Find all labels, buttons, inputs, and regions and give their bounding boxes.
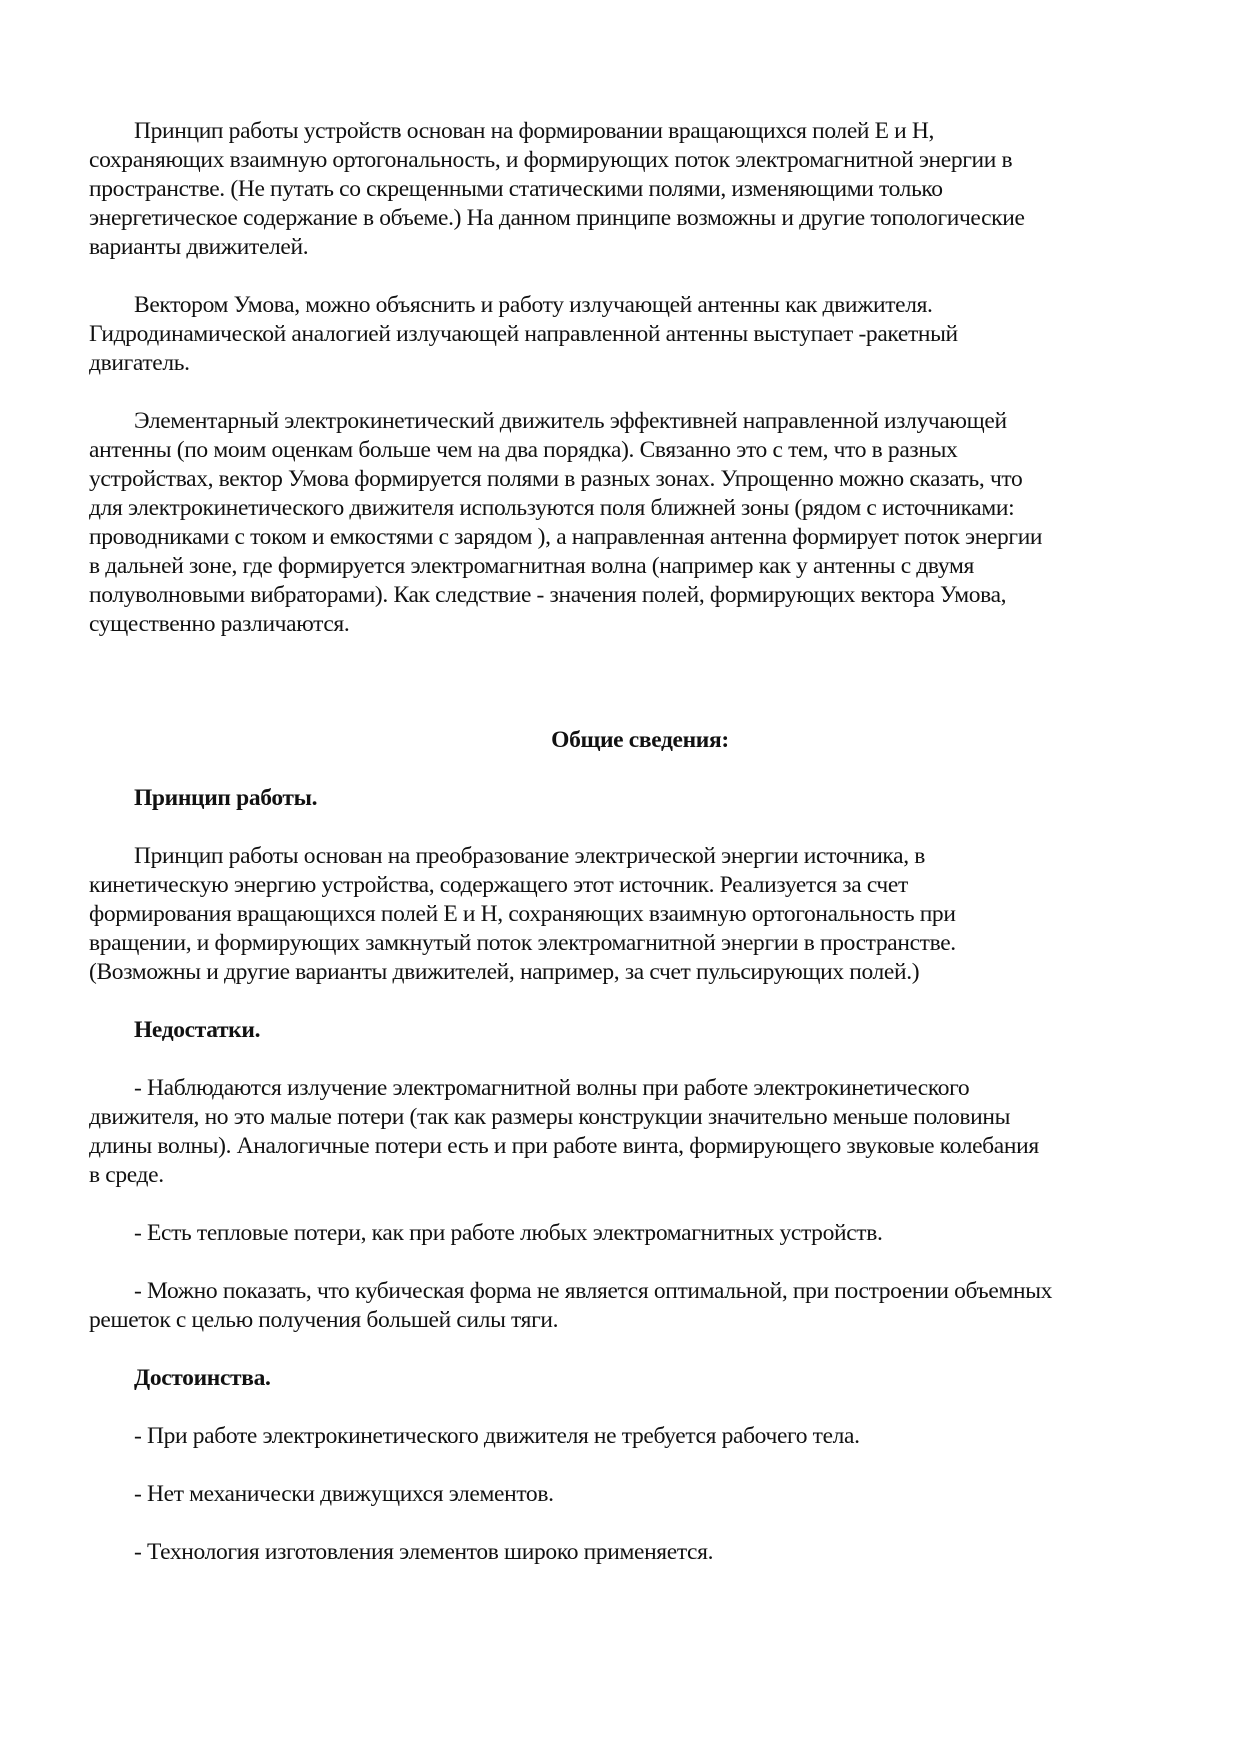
principle-paragraph: Принцип работы основан на преобразование… bbox=[89, 842, 1151, 871]
intro-paragraph-1-cont: сохраняющих взаимную ортогональность, и … bbox=[89, 146, 1151, 262]
text-line: в дальней зоне, где формируется электром… bbox=[89, 552, 1151, 581]
text-line: Принцип работы основан на преобразование… bbox=[89, 842, 1151, 871]
intro-paragraph-1: Принцип работы устройств основан на форм… bbox=[89, 117, 1151, 146]
text-line: решеток с целью получения большей силы т… bbox=[89, 1306, 1151, 1335]
text-line: пространстве. (Не путать со скрещенными … bbox=[89, 175, 1151, 204]
text-line: варианты движителей. bbox=[89, 233, 1151, 262]
text-line: Вектором Умова, можно объяснить и работу… bbox=[89, 291, 1151, 320]
advantages-heading: Достоинства. bbox=[89, 1364, 1151, 1393]
drawback-item-1-cont: движителя, но это малые потери (так как … bbox=[89, 1103, 1151, 1190]
drawback-item-3-cont: решеток с целью получения большей силы т… bbox=[89, 1306, 1151, 1335]
intro-paragraph-2-cont: Гидродинамической аналогией излучающей н… bbox=[89, 320, 1151, 378]
text-line: формирования вращающихся полей Е и Н, со… bbox=[89, 900, 1151, 929]
text-line: длины волны). Аналогичные потери есть и … bbox=[89, 1132, 1151, 1161]
text-line: - Наблюдаются излучение электромагнитной… bbox=[89, 1074, 1151, 1103]
drawbacks-heading: Недостатки. bbox=[89, 1016, 1151, 1045]
text-line: Принцип работы устройств основан на форм… bbox=[89, 117, 1151, 146]
principle-heading: Принцип работы. bbox=[89, 784, 1151, 813]
text-line: (Возможны и другие варианты движителей, … bbox=[89, 958, 1151, 987]
text-line: энергетическое содержание в объеме.) На … bbox=[89, 204, 1151, 233]
intro-paragraph-3: Элементарный электрокинетический движите… bbox=[89, 407, 1151, 436]
intro-paragraph-3-cont: антенны (по моим оценкам больше чем на д… bbox=[89, 436, 1151, 639]
drawback-item-3: - Можно показать, что кубическая форма н… bbox=[89, 1277, 1151, 1306]
text-line: полуволновыми вибраторами). Как следстви… bbox=[89, 581, 1151, 610]
intro-paragraph-2: Вектором Умова, можно объяснить и работу… bbox=[89, 291, 1151, 320]
text-line: антенны (по моим оценкам больше чем на д… bbox=[89, 436, 1151, 465]
text-line: существенно различаются. bbox=[89, 610, 1151, 639]
text-line: - Есть тепловые потери, как при работе л… bbox=[89, 1219, 1151, 1248]
principle-paragraph-cont: кинетическую энергию устройства, содержа… bbox=[89, 871, 1151, 987]
general-info-heading: Общие сведения: bbox=[89, 726, 1151, 755]
text-line: движителя, но это малые потери (так как … bbox=[89, 1103, 1151, 1132]
document-page: Принцип работы устройств основан на форм… bbox=[89, 117, 1151, 1567]
text-line: двигатель. bbox=[89, 349, 1151, 378]
text-line: кинетическую энергию устройства, содержа… bbox=[89, 871, 1151, 900]
advantage-item-1: - При работе электрокинетического движит… bbox=[89, 1422, 1151, 1451]
text-line: устройствах, вектор Умова формируется по… bbox=[89, 465, 1151, 494]
text-line: для электрокинетического движителя испол… bbox=[89, 494, 1151, 523]
drawback-item-2: - Есть тепловые потери, как при работе л… bbox=[89, 1219, 1151, 1248]
text-line: Гидродинамической аналогией излучающей н… bbox=[89, 320, 1151, 349]
text-line: проводниками с током и емкостями с заряд… bbox=[89, 523, 1151, 552]
advantage-item-2: - Нет механически движущихся элементов. bbox=[89, 1480, 1151, 1509]
advantage-item-3: - Технология изготовления элементов широ… bbox=[89, 1538, 1151, 1567]
text-line: - Можно показать, что кубическая форма н… bbox=[89, 1277, 1151, 1306]
text-line: в среде. bbox=[89, 1161, 1151, 1190]
text-line: сохраняющих взаимную ортогональность, и … bbox=[89, 146, 1151, 175]
text-line: Элементарный электрокинетический движите… bbox=[89, 407, 1151, 436]
text-line: вращении, и формирующих замкнутый поток … bbox=[89, 929, 1151, 958]
drawback-item-1: - Наблюдаются излучение электромагнитной… bbox=[89, 1074, 1151, 1103]
